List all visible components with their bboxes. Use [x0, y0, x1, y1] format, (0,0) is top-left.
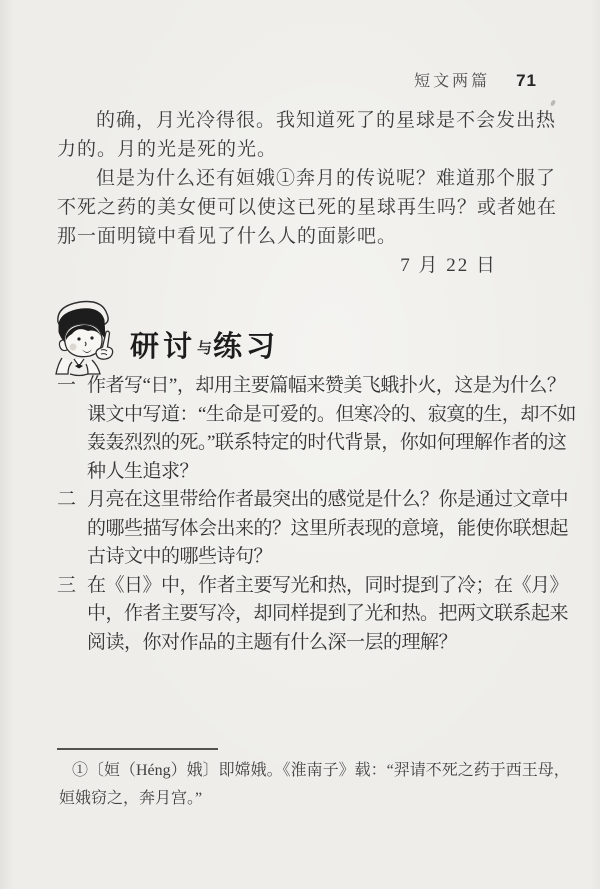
paragraph2-line3: 那一面明镜中看见了什么人的面影吧。 [57, 222, 497, 251]
question-line: 中，作者主要写冷，却同样提到了光和热。把两文联系起来 [87, 600, 577, 629]
section-heading: 研讨与练习 [130, 324, 279, 365]
paragraph2-line2: 不死之药的美女便可以使这已死的星球再生吗？或者她在 [57, 193, 497, 222]
section-heading-connector: 与 [197, 340, 212, 357]
section-heading-part1: 研讨 [130, 331, 196, 363]
paragraph1-line1: 的确，月光冷得很。我知道死了的星球是不会发出热 [57, 106, 497, 135]
question-line: 的哪些描写体会出来的？这里所表现的意境，能使你联想起 [87, 515, 577, 544]
footnote-divider [57, 748, 218, 750]
question-3-marker: 三 [57, 572, 87, 658]
running-head-chapter-title: 短文两篇 [414, 68, 490, 91]
main-text-block: 的确，月光冷得很。我知道死了的星球是不会发出热 力的。月的光是死的光。 但是为什… [57, 106, 497, 280]
textbook-page: 短文两篇 71 的确，月光冷得很。我知道死了的星球是不会发出热 力的。月的光是死… [0, 0, 600, 889]
question-1-text: 作者写“日”，却用主要篇幅来赞美飞蛾扑火，这是为什么？ 课文中写道：“生命是可爱… [87, 372, 577, 486]
section-heading-part2: 练习 [213, 331, 279, 363]
questions-list: 一 作者写“日”，却用主要篇幅来赞美飞蛾扑火，这是为什么？ 课文中写道：“生命是… [57, 372, 577, 657]
question-line: 阅读，你对作品的主题有什么深一层的理解？ [87, 629, 577, 658]
scan-artifact [550, 100, 556, 107]
question-item-2: 二 月亮在这里带给作者最突出的感觉是什么？你是通过文章中 的哪些描写体会出来的？… [57, 486, 577, 572]
question-line: 种人生追求？ [87, 458, 577, 487]
date-line: 7 月 22 日 [57, 251, 497, 280]
question-3-text: 在《日》中，作者主要写光和热，同时提到了冷；在《月》 中，作者主要写冷，却同样提… [87, 572, 577, 658]
paragraph2-line1: 但是为什么还有姮娥①奔月的传说呢？难道那个服了 [57, 164, 497, 193]
question-2-text: 月亮在这里带给作者最突出的感觉是什么？你是通过文章中 的哪些描写体会出来的？这里… [87, 486, 577, 572]
boy-pointing-icon [48, 296, 120, 380]
question-item-1: 一 作者写“日”，却用主要篇幅来赞美飞蛾扑火，这是为什么？ 课文中写道：“生命是… [57, 372, 577, 486]
question-line: 课文中写道：“生命是可爱的。但寒冷的、寂寞的生，却不如 [87, 401, 577, 430]
footnote-line2: 姮娥窃之，奔月宫。” [59, 785, 579, 813]
exercise-section-header: 研讨与练习 [48, 296, 279, 380]
running-head: 短文两篇 71 [414, 68, 537, 91]
question-2-marker: 二 [57, 486, 87, 572]
footnote-line1: ①〔姮（Héng）娥〕即嫦娥。《淮南子》载：“羿请不死之药于西王母， [59, 757, 579, 785]
paragraph1-line2: 力的。月的光是死的光。 [57, 135, 497, 164]
question-1-marker: 一 [57, 372, 87, 486]
question-line: 轰轰烈烈的死。”联系特定的时代背景，你如何理解作者的这 [87, 429, 577, 458]
question-line: 古诗文中的哪些诗句？ [87, 543, 577, 572]
question-line: 作者写“日”，却用主要篇幅来赞美飞蛾扑火，这是为什么？ [87, 372, 577, 401]
page-number: 71 [516, 71, 537, 91]
question-line: 在《日》中，作者主要写光和热，同时提到了冷；在《月》 [87, 572, 577, 601]
footnote: ①〔姮（Héng）娥〕即嫦娥。《淮南子》载：“羿请不死之药于西王母， 姮娥窃之，… [59, 757, 579, 813]
question-line: 月亮在这里带给作者最突出的感觉是什么？你是通过文章中 [87, 486, 577, 515]
question-item-3: 三 在《日》中，作者主要写光和热，同时提到了冷；在《月》 中，作者主要写冷，却同… [57, 572, 577, 658]
